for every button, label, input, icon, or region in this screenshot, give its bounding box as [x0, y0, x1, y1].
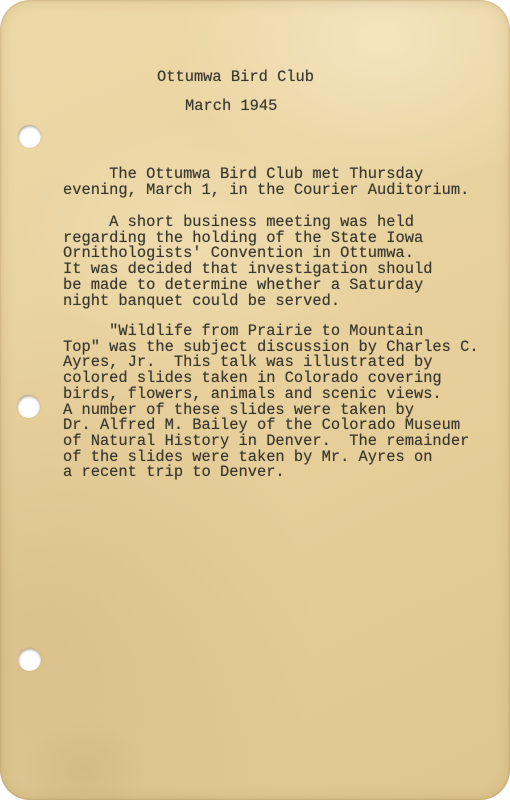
punch-hole-bottom [18, 648, 41, 671]
punch-hole-middle [17, 395, 40, 418]
document-date: March 1945 [185, 99, 277, 115]
paragraph-meeting-intro: The Ottumwa Bird Club met Thursday eveni… [63, 167, 469, 198]
paragraph-business-meeting: A short business meeting was held regard… [63, 215, 432, 309]
paper-page: Ottumwa Bird Club March 1945 The Ottumwa… [0, 0, 510, 800]
punch-hole-top [18, 125, 41, 148]
paragraph-wildlife-talk: "Wildlife from Prairie to Mountain Top" … [63, 324, 479, 481]
scanned-document: Ottumwa Bird Club March 1945 The Ottumwa… [0, 0, 510, 800]
document-title: Ottumwa Bird Club [157, 70, 314, 86]
